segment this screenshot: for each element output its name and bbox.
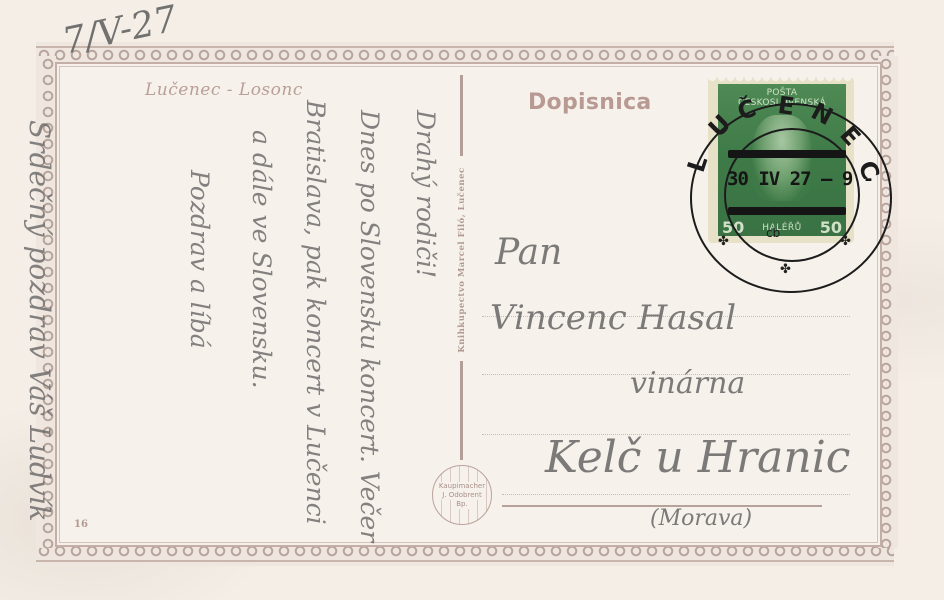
postcard-back: Lučenec - Losonc Dopisnica Knihkupectvo … xyxy=(0,0,944,600)
postmark-code: cb xyxy=(766,226,780,240)
card-type-heading: Dopisnica xyxy=(528,90,652,115)
address-region: (Morava) xyxy=(650,506,752,531)
postmark-bar xyxy=(728,150,846,158)
message-line: a dále ve Slovensku. xyxy=(247,130,276,389)
printer-globe-mark: Kaupimacher J. Odobrent Bp. xyxy=(432,465,492,525)
postmark-star-icon: ✤ xyxy=(718,234,729,249)
address-occupation: vinárna xyxy=(630,366,745,401)
message-line: Dnes po Slovensku koncert. Večer xyxy=(355,110,384,542)
postmark-star-icon: ✤ xyxy=(780,262,791,277)
postmark-star-icon: ✤ xyxy=(840,234,851,249)
address-line xyxy=(502,494,850,495)
margin-note: Srdečný pozdrav Váš Ludvík xyxy=(23,120,56,522)
message-line: Pozdrav a líbá xyxy=(185,170,214,349)
ornamental-border-top xyxy=(36,42,894,64)
message-line: Bratislava, pak koncert v Lučenci xyxy=(301,100,330,525)
postmark-date: 30 IV 27 — 9 - xyxy=(727,168,873,190)
address-town: Kelč u Hranic xyxy=(545,432,850,483)
page-number: 16 xyxy=(74,519,88,530)
publisher-imprint: Knihkupectvo Marcel Filó, Lučenec xyxy=(457,167,467,352)
address-salutation: Pan xyxy=(495,232,562,273)
postmark-bar xyxy=(728,207,846,215)
address-recipient: Vincenc Hasal xyxy=(490,298,736,338)
message-line: Drahý rodiči! xyxy=(411,110,440,278)
place-title: Lučenec - Losonc xyxy=(145,80,303,100)
